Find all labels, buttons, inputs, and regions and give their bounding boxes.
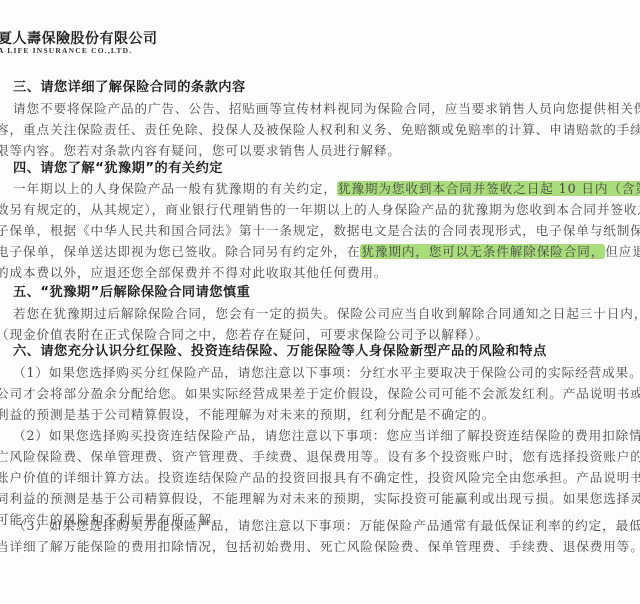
paragraph-line: 亡风险保险费、保单管理费、资产管理费、手续费、退保费用等。设有多个投资账户时，您… <box>0 448 640 466</box>
paragraph-line: 数另有规定的，从其规定），商业银行代理销售的一年期以上的人身保险产品的犹豫期为您… <box>0 201 640 219</box>
company-name-en: A LIFE INSURANCE CO.,LTD. <box>0 46 132 55</box>
text-span: 但应退还保单，保险公司 <box>605 244 640 259</box>
highlighted-text: 犹豫期内，您可以无条件解除保险合同， <box>360 244 605 259</box>
paragraph-line: 当详细了解万能保险的费用扣除情况，包括初始费用、死亡风险保险费、保单管理费、手续… <box>0 538 640 556</box>
highlighted-text: 犹豫期为您收到本合同并签收之日起 10 日内（含第 10 日 <box>337 181 640 196</box>
paragraph-line: 利益的预测是基于公司精算假设，不能理解为对未来的预期，红利分配是不确定的。 <box>0 406 495 424</box>
paragraph-line: 同利益的预测是基于公司精算假设，不能理解为对未来的预期，实际投资可能赢利或出现亏… <box>0 490 640 508</box>
paragraph-line: （1）如果您选择购买分红保险产品，请您注意以下事项：分红水平主要取决于保险公司的… <box>13 364 640 382</box>
section-3-title: 三、请您详细了解保险合同的条款内容 <box>13 79 246 97</box>
paragraph-line: 若您在犹豫期过后解除保险合同，您会有一定的损失。保险公司应当自收到解除合同通知之… <box>13 305 640 323</box>
section-4-title: 四、请您了解“犹豫期”的有关约定 <box>13 160 223 178</box>
section-6-title: 六、请您充分认识分红保险、投资连结保险、万能保险等人身保险新型产品的风险和特点 <box>13 343 547 361</box>
paragraph-line: 账户价值的详细计算方法。投资连结保险产品的投资回报具有不确定性，投资风险完全由您… <box>0 469 640 487</box>
paragraph-line: 容，重点关注保险责任、责任免除、投保人及被保险人权利和义务、免赔额或免赔率的计算… <box>0 121 640 139</box>
paragraph-line: （2）如果您选择购买投资连结保险产品，请您注意以下事项：您应当详细了解投资连结保… <box>13 427 640 445</box>
paragraph-line: 电子保单，保单送达即视为您已签收。除合同另有约定外，在犹豫期内，您可以无条件解除… <box>0 243 640 261</box>
text-span: 在 <box>347 244 361 259</box>
paragraph-line: 限等内容。您若对条款内容有疑问，您可以要求销售人员进行解释。 <box>0 142 401 160</box>
paragraph-line: 一年期以上的人身保险产品一般有犹豫期的有关约定，犹豫期为您收到本合同并签收之日起… <box>13 180 640 198</box>
paragraph-line: （现金价值表附在正式保险合同之中，您若存在疑问，可要求保险公司予以解释）。 <box>0 326 489 344</box>
company-name-cn: 夏人壽保險股份有限公司 <box>0 28 158 48</box>
section-5-title: 五、“犹豫期”后解除保险合同请您慎重 <box>13 284 250 302</box>
paragraph-line: 公司才会将部分盈余分配给您。如果实际经营成果差于定价假设，保险公司可能不会派发红… <box>0 385 640 403</box>
paragraph-line: 请您不要将保险产品的广告、公告、招贴画等宣传材料视同为保险合同，应当要求销售人员… <box>13 100 640 118</box>
paragraph-line: 的成本费以外，应退还您全部保费并不得对此收取其他任何费用。 <box>0 264 387 282</box>
paragraph-line: （3）如果您选择购买万能保险产品，请您注意以下事项：万能保险产品通常有最低保证利… <box>13 517 640 535</box>
text-span: 电子保单，保单送达即视为您已签收。除合同另有约定外， <box>0 244 347 259</box>
paragraph-line: 子保单，根据《中华人民共和国合同法》第十一条规定，数据电文是合法的合同表现形式，… <box>0 222 640 240</box>
text-span: 一年期以上的人身保险产品一般有犹豫期的有关约定， <box>13 181 337 196</box>
